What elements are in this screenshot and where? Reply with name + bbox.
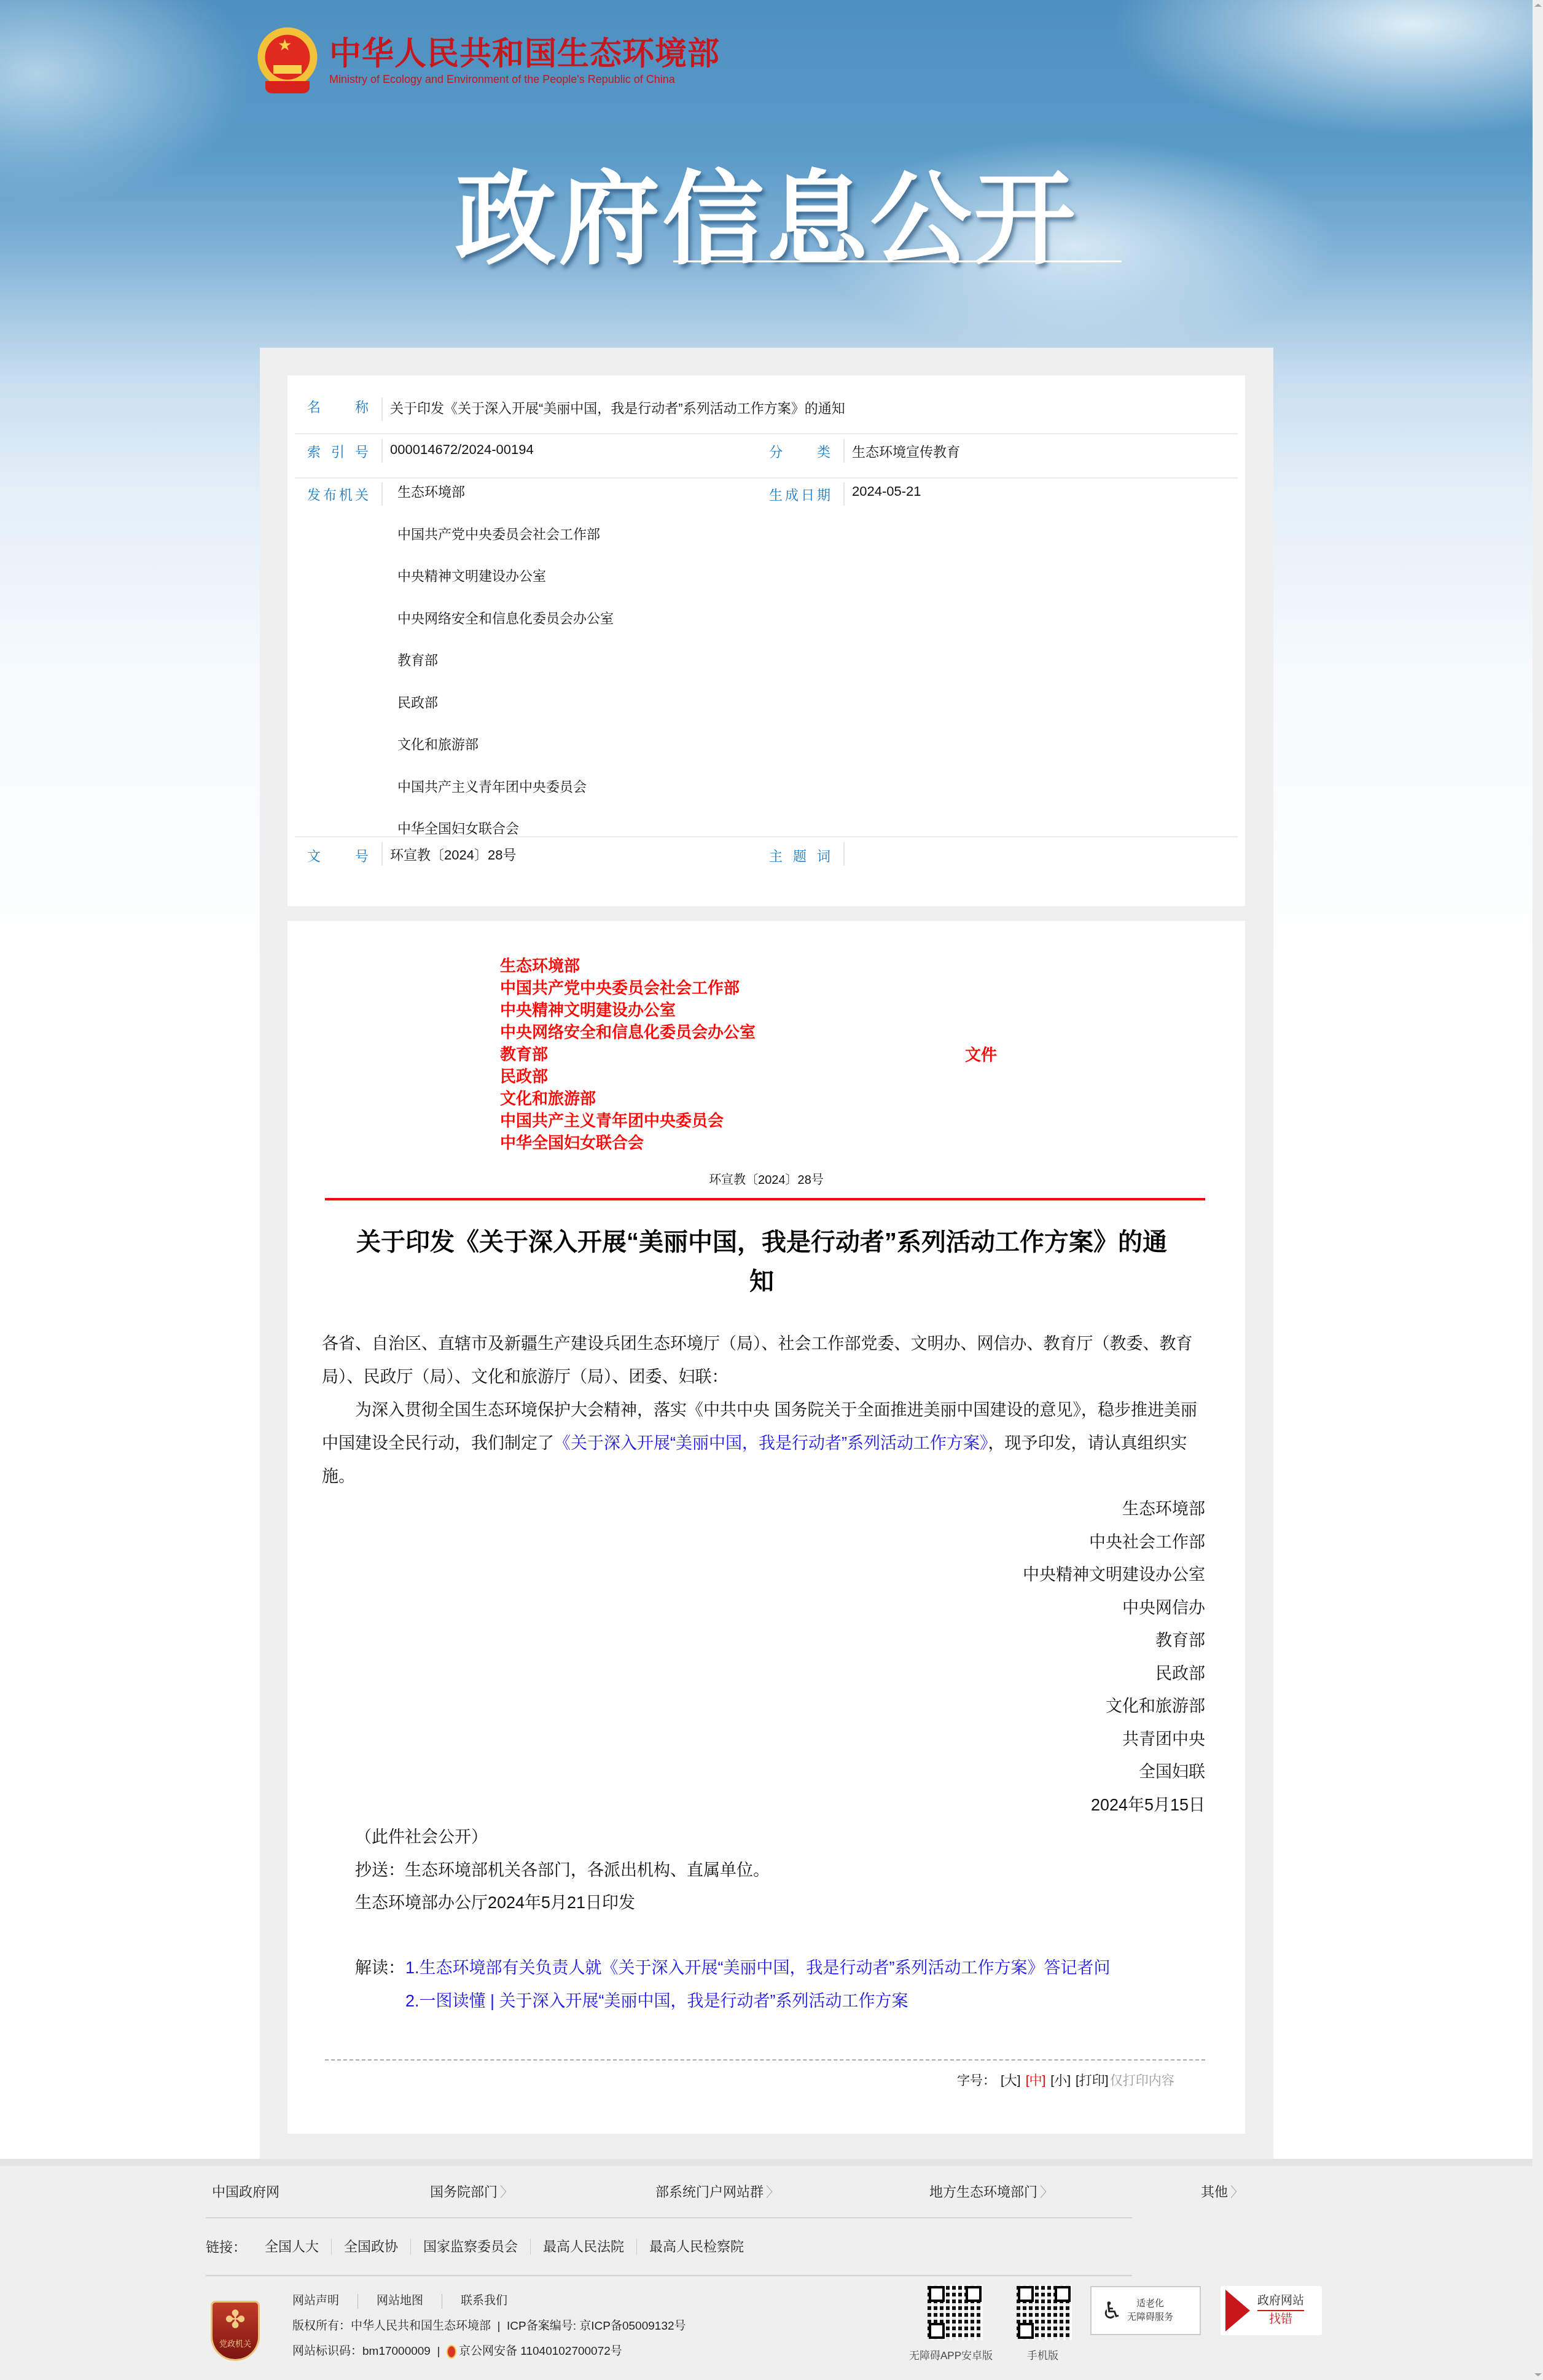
meta-row-issuer: 发布机关 生态环境部 中国共产党中央委员会社会工作部 中央精神文明建设办公室 中… bbox=[295, 477, 1238, 837]
qr-code-mobile-icon bbox=[1017, 2285, 1072, 2340]
issuer-item: 中国共产党中央委员会社会工作部 bbox=[397, 525, 614, 568]
police-record[interactable]: 京公网安备 11040102700072号 bbox=[459, 2345, 622, 2358]
red-header-item: 文化和旅游部 bbox=[500, 1087, 756, 1110]
signature-item: 教育部 bbox=[1023, 1624, 1205, 1658]
chevron-right-icon: 〉 bbox=[1040, 2184, 1053, 2199]
site-logo[interactable]: ★ 中华人民共和国生态环境部 Ministry of Ecology and E… bbox=[257, 25, 720, 97]
police-badge-icon bbox=[447, 2345, 456, 2358]
link-spc[interactable]: 最高人民法院 bbox=[530, 2239, 636, 2255]
footer-divider bbox=[206, 2217, 1132, 2218]
meta-row-name: 名称 关于印发《关于深入开展“美丽中国，我是行动者”系列活动工作方案》的通知 bbox=[295, 375, 1238, 434]
divider bbox=[843, 482, 845, 506]
red-header-item: 生态环境部 bbox=[500, 955, 756, 977]
document-notes: （此件社会公开） 抄送：生态环境部机关各部门，各派出机构、直属单位。 生态环境部… bbox=[355, 1821, 770, 1920]
banner-divider bbox=[673, 260, 1122, 262]
wheelchair-icon: ♿ bbox=[1101, 2297, 1122, 2325]
interpretation-section: 解读： 1.生态环境部有关负责人就《关于深入开展“美丽中国，我是行动者”系列活动… bbox=[355, 1952, 1111, 2018]
divider bbox=[843, 439, 845, 463]
site-name-en: Ministry of Ecology and Environment of t… bbox=[329, 72, 720, 86]
issuer-item: 教育部 bbox=[397, 651, 614, 694]
footer-nav-portal-group[interactable]: 部系统门户网站群〉 bbox=[655, 2182, 779, 2201]
qr-app-caption: 无障碍APP安卓版 bbox=[909, 2347, 993, 2362]
divider bbox=[381, 439, 383, 463]
footer-nav-other[interactable]: 其他〉 bbox=[1201, 2182, 1244, 2201]
chevron-right-icon: 〉 bbox=[766, 2184, 779, 2199]
signature-item: 文化和旅游部 bbox=[1023, 1690, 1205, 1723]
signature-item: 中央网信办 bbox=[1023, 1592, 1205, 1625]
footer-info: 网站声明网站地图联系我们 版权所有：中华人民共和国生态环境部 | ICP备案编号… bbox=[292, 2288, 686, 2364]
divider bbox=[843, 842, 845, 866]
signature-item: 共青团中央 bbox=[1023, 1723, 1205, 1756]
attachment-link[interactable]: 《关于深入开展“美丽中国，我是行动者”系列活动工作方案》 bbox=[554, 1434, 988, 1452]
scroll-down-arrow-icon[interactable] bbox=[1534, 2373, 1542, 2376]
cc-line: 抄送：生态环境部机关各部门，各派出机构、直属单位。 bbox=[355, 1854, 770, 1887]
footer-divider bbox=[206, 2275, 1132, 2276]
red-header-list: 生态环境部 中国共产党中央委员会社会工作部 中央精神文明建设办公室 中央网络安全… bbox=[500, 955, 756, 1154]
document-title: 关于印发《关于深入开展“美丽中国，我是行动者”系列活动工作方案》的通知 bbox=[356, 1223, 1167, 1301]
red-divider bbox=[325, 1198, 1205, 1200]
site-map-link[interactable]: 网站地图 bbox=[377, 2295, 423, 2308]
issuer-list: 生态环境部 中国共产党中央委员会社会工作部 中央精神文明建设办公室 中央网络安全… bbox=[397, 483, 614, 862]
page: ★ 中华人民共和国生态环境部 Ministry of Ecology and E… bbox=[0, 0, 1533, 2380]
font-size-tools: 字号：[大][中][小][打印]仅打印内容 bbox=[957, 2070, 1174, 2089]
document-number: 环宣教〔2024〕28号 bbox=[0, 1170, 1533, 1188]
red-header-item: 中央网络安全和信息化委员会办公室 bbox=[500, 1021, 756, 1043]
index-value: 000014672/2024-00194 bbox=[390, 442, 534, 458]
badge-text: 党政机关 bbox=[213, 2337, 258, 2349]
date-label: 生成日期 bbox=[769, 485, 830, 504]
public-note: （此件社会公开） bbox=[355, 1821, 770, 1854]
meta-row-index: 索引号 000014672/2024-00194 分类 生态环境宣传教育 bbox=[295, 434, 1238, 479]
salutation: 各省、自治区、直辖市及新疆生产建设兵团生态环境厅（局）、社会工作部党委、文明办、… bbox=[322, 1327, 1206, 1393]
signature-item: 中央社会工作部 bbox=[1023, 1526, 1205, 1559]
red-header-item: 教育部 bbox=[500, 1043, 756, 1065]
icp-number[interactable]: ICP备案编号: 京ICP备05009132号 bbox=[507, 2320, 686, 2333]
font-small-button[interactable]: [小] bbox=[1050, 2073, 1071, 2088]
error-line1: 政府网站 bbox=[1257, 2293, 1304, 2310]
issuer-item: 生态环境部 bbox=[397, 483, 614, 525]
keywords-label: 主题词 bbox=[769, 846, 830, 865]
accessibility-service-button[interactable]: ♿ 适老化无障碍服务 bbox=[1090, 2286, 1201, 2335]
issuer-label: 发布机关 bbox=[307, 485, 369, 504]
divider bbox=[381, 482, 383, 506]
index-label: 索引号 bbox=[307, 442, 369, 461]
interpretation-link-1[interactable]: 1.生态环境部有关负责人就《关于深入开展“美丽中国，我是行动者”系列活动工作方案… bbox=[405, 1952, 1111, 1985]
divider bbox=[381, 842, 383, 866]
link-npc[interactable]: 全国人大 bbox=[246, 2239, 331, 2255]
docno-value: 环宣教〔2024〕28号 bbox=[390, 845, 516, 864]
name-value: 关于印发《关于深入开展“美丽中国，我是行动者”系列活动工作方案》的通知 bbox=[390, 398, 845, 417]
signature-list: 生态环境部 中央社会工作部 中央精神文明建设办公室 中央网信办 教育部 民政部 … bbox=[1023, 1493, 1205, 1822]
red-header-item: 中华全国妇女联合会 bbox=[500, 1132, 756, 1154]
issuer-item: 中央网络安全和信息化委员会办公室 bbox=[397, 609, 614, 652]
red-header-item: 中国共产主义青年团中央委员会 bbox=[500, 1110, 756, 1132]
main-paragraph: 为深入贯彻全国生态环境保护大会精神，落实《中共中央 国务院关于全面推进美丽中国建… bbox=[322, 1393, 1206, 1493]
footer-nav-local-depts[interactable]: 地方生态环境部门〉 bbox=[929, 2182, 1053, 2201]
font-size-label: 字号： bbox=[957, 2073, 996, 2088]
signature-item: 生态环境部 bbox=[1023, 1493, 1205, 1526]
error-line2: 找错 bbox=[1257, 2310, 1304, 2328]
national-emblem-icon: ★ bbox=[257, 25, 318, 97]
party-gov-badge-icon: ✤ bbox=[213, 2303, 258, 2337]
links-label: 链接： bbox=[206, 2237, 246, 2256]
chevron-right-icon: 〉 bbox=[1230, 2184, 1244, 2199]
a11y-line1: 适老化 bbox=[1127, 2297, 1173, 2311]
category-label: 分类 bbox=[769, 442, 830, 461]
contact-link[interactable]: 联系我们 bbox=[461, 2295, 507, 2308]
party-gov-badge[interactable]: ✤ 党政机关 bbox=[211, 2301, 260, 2361]
dashed-divider bbox=[325, 2059, 1205, 2061]
divider bbox=[381, 397, 383, 421]
red-header-item: 民政部 bbox=[500, 1065, 756, 1087]
metadata-card: 名称 关于印发《关于深入开展“美丽中国，我是行动者”系列活动工作方案》的通知 索… bbox=[287, 375, 1245, 906]
issuer-item: 民政部 bbox=[397, 694, 614, 736]
interpretation-link-2[interactable]: 2.一图读懂 | 关于深入开展“美丽中国，我是行动者”系列活动工作方案 bbox=[405, 1992, 908, 2010]
a11y-line2: 无障碍服务 bbox=[1127, 2311, 1173, 2324]
issuer-item: 文化和旅游部 bbox=[397, 735, 614, 778]
issuer-item: 中国共产主义青年团中央委员会 bbox=[397, 778, 614, 820]
red-file-label: 文件 bbox=[965, 1043, 997, 1065]
gov-site-error-report-button[interactable]: 政府网站找错 bbox=[1221, 2286, 1322, 2335]
qr-mobile-caption: 手机版 bbox=[1027, 2347, 1058, 2362]
footer-top-band bbox=[0, 2159, 1533, 2166]
signature-item: 全国妇联 bbox=[1023, 1756, 1205, 1789]
font-medium-button[interactable]: [中] bbox=[1026, 2073, 1046, 2088]
vertical-scrollbar[interactable] bbox=[1533, 0, 1543, 2380]
link-cppcc[interactable]: 全国政协 bbox=[331, 2239, 410, 2255]
print-button[interactable]: [打印] bbox=[1076, 2073, 1109, 2088]
site-name-cn: 中华人民共和国生态环境部 bbox=[329, 36, 720, 72]
print-content-button[interactable]: 仅打印内容 bbox=[1110, 2073, 1174, 2088]
name-label: 名称 bbox=[307, 397, 369, 416]
signature-item: 中央精神文明建设办公室 bbox=[1023, 1559, 1205, 1592]
chevron-right-icon: 〉 bbox=[500, 2184, 514, 2199]
scroll-up-arrow-icon[interactable] bbox=[1534, 4, 1542, 7]
meta-row-docno: 文号 环宣教〔2024〕28号 主题词 bbox=[295, 837, 1238, 874]
link-spp[interactable]: 最高人民检察院 bbox=[636, 2239, 756, 2255]
link-ncs[interactable]: 国家监察委员会 bbox=[410, 2239, 530, 2255]
footer-links: 链接： 全国人大 全国政协 国家监察委员会 最高人民法院 最高人民检察院 bbox=[206, 2237, 756, 2256]
category-value: 生态环境宣传教育 bbox=[852, 442, 960, 461]
issuer-item: 中央精神文明建设办公室 bbox=[397, 567, 614, 609]
signature-date: 2024年5月15日 bbox=[1023, 1789, 1205, 1822]
font-large-button[interactable]: [大] bbox=[1001, 2073, 1021, 2088]
copyright: 版权所有：中华人民共和国生态环境部 bbox=[292, 2320, 491, 2333]
search-magnifier-icon bbox=[1225, 2290, 1250, 2331]
interpretation-label: 解读： bbox=[355, 1952, 405, 1985]
printed-line: 生态环境部办公厅2024年5月21日印发 bbox=[355, 1887, 770, 1920]
site-code: 网站标识码：bm17000009 bbox=[292, 2345, 431, 2358]
qr-code-app-icon bbox=[928, 2285, 983, 2340]
date-value: 2024-05-21 bbox=[852, 483, 921, 499]
document-body: 各省、自治区、直辖市及新疆生产建设兵团生态环境厅（局）、社会工作部党委、文明办、… bbox=[322, 1327, 1206, 1493]
footer-nav-state-council[interactable]: 国务院部门〉 bbox=[430, 2182, 514, 2201]
site-statement-link[interactable]: 网站声明 bbox=[292, 2295, 339, 2308]
red-header-item: 中央精神文明建设办公室 bbox=[500, 999, 756, 1021]
footer-nav-gov[interactable]: 中国政府网 bbox=[212, 2182, 279, 2201]
signature-item: 民政部 bbox=[1023, 1658, 1205, 1691]
red-header-item: 中国共产党中央委员会社会工作部 bbox=[500, 977, 756, 999]
docno-label: 文号 bbox=[307, 846, 369, 865]
